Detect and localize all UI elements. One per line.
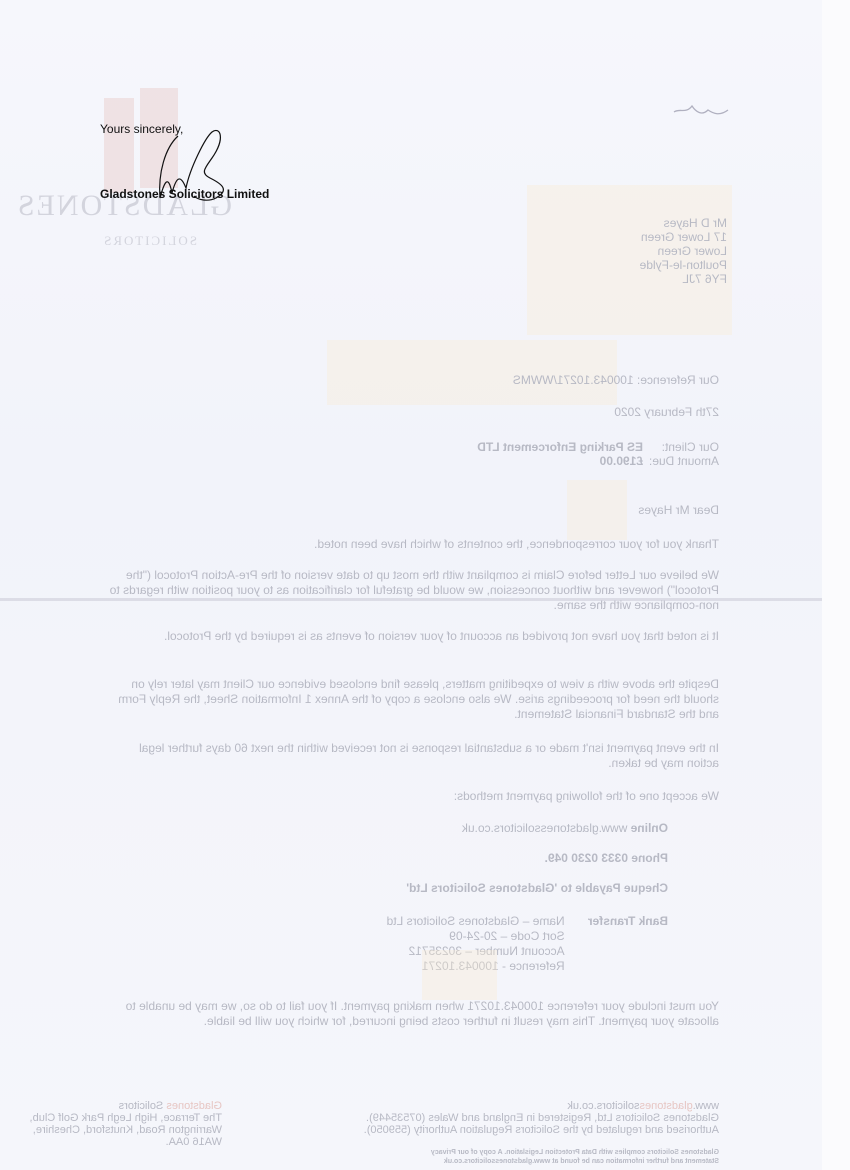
payment-cheque: Cheque Payable to 'Gladstones Solicitors… [406,881,668,896]
client-line: Our Client:ES Parking Enforcement LTD [477,440,719,455]
bank-label: Bank Transfer [568,914,668,929]
payment-online: Online www.gladstonessolicitors.co.uk [462,821,668,836]
office-address-line: The Terrace, High Legh Park Golf Club, [30,1112,222,1124]
paragraph: It is noted that you have not provided a… [109,629,719,644]
office-brand: Gladstones [166,1100,222,1112]
office-title: Gladstones Solicitors [30,1100,222,1112]
phone-label: Phone [631,851,668,865]
bank-line: Name – Gladstones Solicitors Ltd [387,914,565,929]
paragraph: We accept one of the following payment m… [454,789,719,804]
client-label: Our Client: [643,440,719,455]
tint-area [567,480,627,540]
footer-website: www.gladstonessolicitors.co.uk [364,1100,719,1112]
logo-sub: SOLICITORS [102,233,197,248]
tint-area [422,950,497,1000]
recipient-line: Lower Green [640,244,727,258]
payment-phone: Phone 0333 0230 049. [545,851,668,866]
recipient-address: Mr D Hayes 17 Lower Green Lower Green Po… [640,216,727,286]
recipient-line: Mr D Hayes [640,216,727,230]
amount-label: Amount Due: [643,454,719,469]
letter-date: 27th February 2020 [614,405,719,420]
website-prefix: www. [693,1100,719,1112]
footer-reg-line: Gladstones Solicitors Ltd, Registered in… [364,1112,719,1124]
recipient-line: 17 Lower Green [640,230,727,244]
page-edge [822,0,850,1170]
paragraph: Thank you for your correspondence, the c… [139,537,719,552]
client-value: ES Parking Enforcement LTD [477,440,643,454]
bank-line: Sort Code – 20-24-09 [387,929,565,944]
privacy-line: Gladstones Solicitors complies with Data… [364,1148,719,1157]
privacy-line: Statement and further information can be… [364,1157,719,1166]
online-label: Online [631,821,668,835]
footer-privacy: Gladstones Solicitors complies with Data… [364,1148,719,1166]
pen-mark-icon [672,98,732,122]
firm-name: Gladstones Solicitors Limited [100,187,269,201]
online-value: www.gladstonessolicitors.co.uk [462,821,627,835]
paragraph: We believe our Letter before Claim is co… [109,568,719,613]
website-suffix: solicitors.co.uk [567,1100,639,1112]
website-brand: gladstones [640,1100,693,1112]
office-address-line: WA16 0AA. [30,1136,222,1148]
reference-value: 100043.10271/WWMS [513,373,634,387]
recipient-line: FY6 7JL [640,272,727,286]
footer-right: Gladstones Solicitors The Terrace, High … [30,1100,222,1148]
office-address-line: Warrington Road, Knutsford, Cheshire, [30,1124,222,1136]
closing-paragraph: You must include your reference 100043.1… [89,999,719,1029]
footer-left: www.gladstonessolicitors.co.uk Gladstone… [364,1100,719,1166]
cheque-value: Payable to 'Gladstones Solicitors Ltd' [406,881,620,895]
footer-reg-line: Authorised and regulated by the Solicito… [364,1124,719,1136]
paragraph: Despite the above with a view to expedit… [109,677,719,722]
cheque-label: Cheque [624,881,668,895]
paragraph: In the event payment isn't made or a sub… [109,741,719,771]
reference-label: Our Reference: [637,373,719,387]
show-through-layer: GLADSTONES SOLICITORS Mr D Hayes 17 Lowe… [0,0,822,1170]
recipient-line: Poulton-le-Fylde [640,258,727,272]
amount-line: Amount Due:£190.00 [600,454,719,469]
office-name: Solicitors [119,1100,164,1112]
amount-value: £190.00 [600,454,643,468]
phone-value: 0333 0230 049. [545,851,628,865]
greeting: Dear Mr Hayes [638,503,719,518]
reference: Our Reference: 100043.10271/WWMS [513,373,719,388]
